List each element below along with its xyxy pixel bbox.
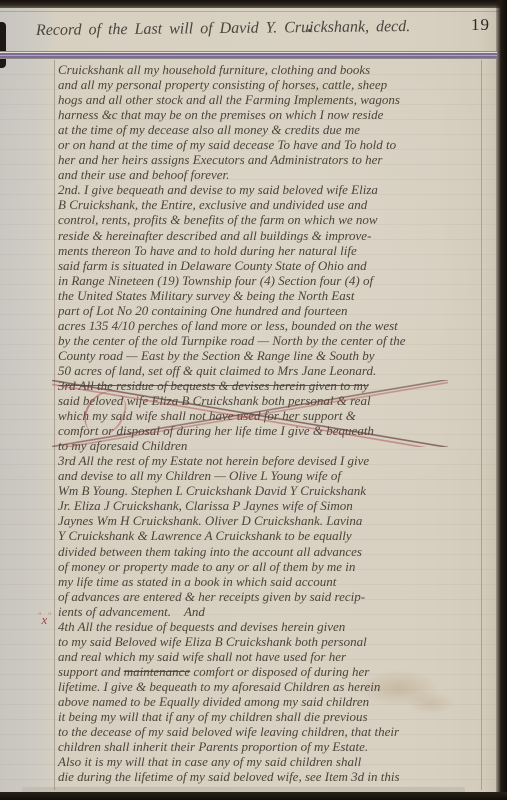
handwritten-line: reside & hereinafter described and all b… [58,228,482,243]
right-page-edge [496,0,507,800]
handwritten-line: of money or property made to any or all … [58,559,482,574]
handwritten-line: and their use and behoof forever. [58,167,482,182]
will-body: Cruickshank all my household furniture, … [58,62,482,784]
handwritten-line: 3rd All the residue of bequests & devise… [58,378,482,393]
handwritten-line: to my said Beloved wife Eliza B Cruicksh… [58,634,482,649]
handwritten-line: lifetime. I give & bequeath to my afores… [58,679,482,694]
cancelled-paragraph: 3rd All the residue of bequests & devise… [58,378,482,453]
handwritten-line: harness &c that may be on the premises o… [58,107,482,122]
handwritten-line: at the time of my decease also all money… [58,122,482,137]
handwritten-line: Y Cruickshank & Lawrence A Cruickshank t… [58,528,482,543]
handwritten-line: 50 acres of land, set off & quit claimed… [58,363,482,378]
handwritten-line: acres 135 4/10 perches of land more or l… [58,318,482,333]
handwritten-line: above named to be Equally divided among … [58,694,482,709]
handwritten-line: die during the lifetime of my said belov… [58,769,482,784]
handwritten-line: divided between them taking into the acc… [58,544,482,559]
margin-x-mark: x [37,611,52,628]
handwritten-line: part of Lot No 20 containing One hundred… [58,303,482,318]
handwritten-line: hogs and all other stock and all the Far… [58,92,482,107]
handwritten-line: and all my personal property consisting … [58,77,482,92]
item-4-paragraph: 4th All the residue of bequests and devi… [58,619,482,785]
left-edge-shadow [0,22,6,68]
handwritten-line: 3rd All the rest of my Estate not herein… [58,453,482,468]
handwritten-line: the United States Military survey & bein… [58,288,482,303]
handwritten-line: said farm is situated in Delaware County… [58,258,482,273]
handwritten-line: B Cruickshank, the Entire, exclusive and… [58,197,482,212]
handwritten-line: 2nd. I give bequeath and devise to my sa… [58,182,482,197]
handwritten-line: County road — East by the Section & Rang… [58,348,482,363]
item-2-paragraph: 2nd. I give bequeath and devise to my sa… [58,182,482,378]
handwritten-line: 4th All the residue of bequests and devi… [58,619,482,634]
handwritten-line: children shall inherit their Parents pro… [58,739,482,754]
page-number: 19 [471,15,490,35]
left-margin-line [54,60,55,790]
handwritten-line: comfort or disposal of during her life t… [58,423,482,438]
handwritten-line: her and her heirs assigns Executors and … [58,152,482,167]
handwritten-line: control, rents, profits & benefits of th… [58,212,482,227]
handwritten-line: by the center of the old Turnpike road —… [58,333,482,348]
header-double-rule [0,50,497,60]
handwritten-line: Also it is my will that in case any of m… [58,754,482,769]
item-3-paragraph: 3rd All the rest of my Estate not herein… [58,453,482,619]
handwritten-line: and real which my said wife shall not ha… [58,649,482,664]
handwritten-line: of advances are entered & her receipts g… [58,589,482,604]
top-hairline [0,11,499,12]
handwritten-line: Jaynes Wm H Cruickshank. Oliver D Cruick… [58,513,482,528]
continuation-paragraph: Cruickshank all my household furniture, … [58,62,482,182]
handwritten-line: and devise to all my Children — Olive L … [58,468,482,483]
handwritten-line: said beloved wife Eliza B Cruickshank bo… [58,393,482,408]
handwritten-line: in Range Nineteen (19) Township four (4)… [58,273,482,288]
top-page-edge [0,0,507,8]
handwritten-line: it being my will that if any of my child… [58,709,482,724]
handwritten-line: Wm B Young. Stephen L Cruickshank David … [58,483,482,498]
handwritten-line: ments thereon To have and to hold during… [58,243,482,258]
ledger-page: 19 Record of the Last will of David Y. C… [0,0,507,800]
handwritten-line: or on hand at the time of my said deceas… [58,137,482,152]
handwritten-line: Cruickshank all my household furniture, … [58,62,482,77]
page-title: Record of the Last will of David Y. Crui… [36,18,410,40]
handwritten-line: my life time as stated in a book in whic… [58,574,482,589]
handwritten-line: to my aforesaid Children [58,438,482,453]
handwritten-line: to the decease of my said beloved wife l… [58,724,482,739]
handwritten-line: which my said wife shall not have used f… [58,408,482,423]
bottom-page-edge [0,792,507,800]
handwritten-line: Jr. Eliza J Cruickshank, Clarissa P Jayn… [58,498,482,513]
handwritten-line: ients of advancement. And [58,604,482,619]
handwritten-line: support and maintenance comfort or dispo… [58,664,482,679]
